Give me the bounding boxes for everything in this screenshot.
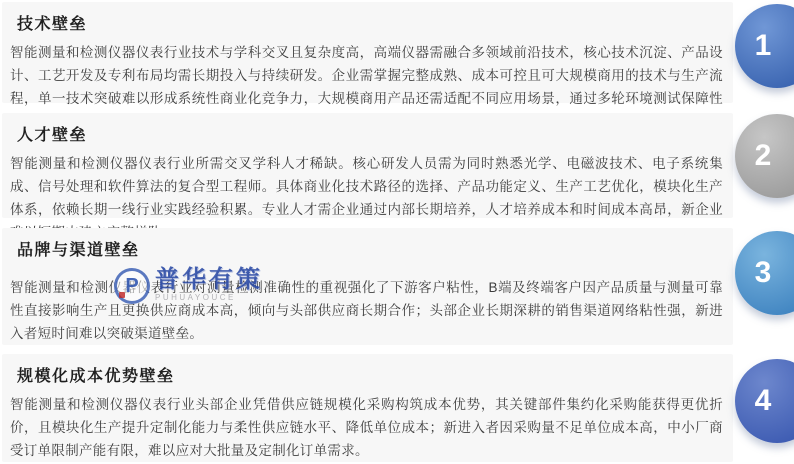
number-badge-3: 3	[735, 231, 794, 315]
card-title: 人才壁垒	[17, 122, 723, 145]
barrier-card-talent: 人才壁垒 智能测量和检测仪器仪表行业所需交叉学科人才稀缺。核心研发人员需为同时熟…	[2, 113, 733, 218]
badge-number: 4	[755, 384, 772, 418]
card-body: 智能测量和检测仪器仪表行业头部企业凭借供应链规模化采购构筑成本优势，其关键部件集…	[10, 393, 723, 462]
barriers-infographic-page: 技术壁垒 智能测量和检测仪器仪表行业技术与学科交叉且复杂度高，高端仪器需融合多领…	[0, 0, 794, 464]
card-title: 技术壁垒	[17, 11, 723, 34]
card-body: 智能测量和检测仪器仪表行业对测量检测准确性的重视强化了下游客户粘性，B端及终端客…	[10, 276, 723, 345]
number-badge-2: 2	[735, 114, 794, 198]
badge-number: 1	[755, 29, 772, 63]
card-title: 品牌与渠道壁垒	[17, 237, 723, 260]
number-badge-1: 1	[735, 4, 794, 88]
barrier-card-technology: 技术壁垒 智能测量和检测仪器仪表行业技术与学科交叉且复杂度高，高端仪器需融合多领…	[2, 2, 733, 103]
barrier-card-brand-channel: 品牌与渠道壁垒 智能测量和检测仪器仪表行业对测量检测准确性的重视强化了下游客户粘…	[2, 228, 733, 345]
badge-number: 3	[755, 256, 772, 290]
barrier-card-scale-cost: 规模化成本优势壁垒 智能测量和检测仪器仪表行业头部企业凭借供应链规模化采购构筑成…	[2, 354, 733, 462]
badge-number: 2	[755, 139, 772, 173]
card-title: 规模化成本优势壁垒	[17, 363, 723, 386]
number-badge-4: 4	[735, 359, 794, 443]
